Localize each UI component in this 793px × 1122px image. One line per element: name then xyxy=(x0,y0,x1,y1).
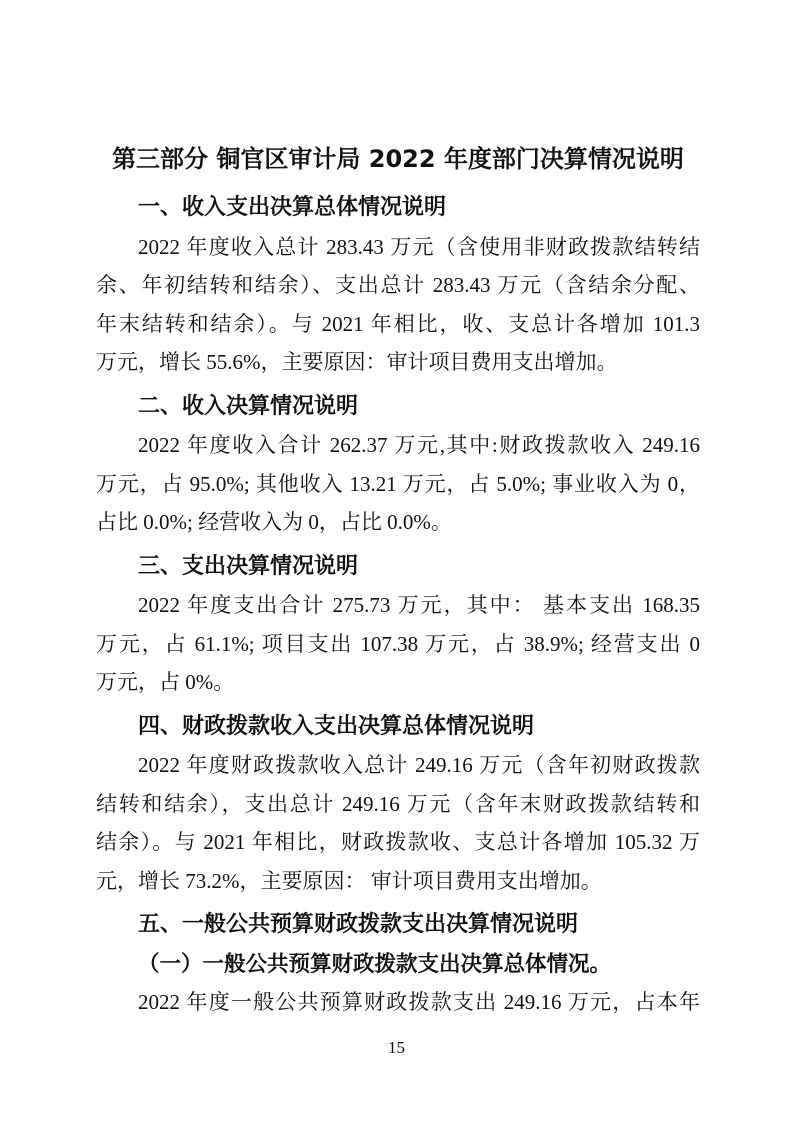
section-subheading-5-1: （一）一般公共预算财政拨款支出决算总体情况。 xyxy=(96,945,700,984)
page-number: 15 xyxy=(0,1038,793,1058)
section-paragraph-1: 2022 年度收入总计 283.43 万元（含使用非财政拨款结转结 余、年初结转… xyxy=(96,228,700,382)
paragraph-line: 2022 年度一般公共预算财政拨款支出 249.16 万元，占本年 xyxy=(96,983,700,1022)
paragraph-line: 年末结转和结余）。与 2021 年相比，收、支总计各增加 101.3 xyxy=(96,305,700,344)
section-heading-1: 一、收入支出决算总体情况说明 xyxy=(96,189,700,228)
section-paragraph-4: 2022 年度财政拨款收入总计 249.16 万元（含年初财政拨款 结转和结余）… xyxy=(96,746,700,900)
paragraph-line: 万元，占 95.0%; 其他收入 13.21 万元，占 5.0%; 事业收入为 … xyxy=(96,465,700,504)
section-heading-4: 四、财政拨款收入支出决算总体情况说明 xyxy=(96,708,700,747)
paragraph-line: 2022 年度收入合计 262.37 万元,其中:财政拨款收入 249.16 xyxy=(96,426,700,465)
document-title: 第三部分 铜官区审计局 2022 年度部门决算情况说明 xyxy=(96,139,700,179)
document-page: 第三部分 铜官区审计局 2022 年度部门决算情况说明 一、收入支出决算总体情况… xyxy=(0,0,793,1122)
section-heading-2: 二、收入决算情况说明 xyxy=(96,388,700,427)
paragraph-line: 2022 年度收入总计 283.43 万元（含使用非财政拨款结转结 xyxy=(96,228,700,267)
section-heading-3: 三、支出决算情况说明 xyxy=(96,548,700,587)
section-paragraph-2: 2022 年度收入合计 262.37 万元,其中:财政拨款收入 249.16 万… xyxy=(96,426,700,542)
paragraph-line: 占比 0.0%; 经营收入为 0，占比 0.0%。 xyxy=(96,503,700,542)
paragraph-line: 万元，占 0%。 xyxy=(96,663,700,702)
paragraph-line: 2022 年度支出合计 275.73 万元，其中： 基本支出 168.35 xyxy=(96,586,700,625)
paragraph-line: 余、年初结转和结余）、支出总计 283.43 万元（含结余分配、 xyxy=(96,266,700,305)
section-paragraph-5: 2022 年度一般公共预算财政拨款支出 249.16 万元，占本年 xyxy=(96,983,700,1022)
section-paragraph-3: 2022 年度支出合计 275.73 万元，其中： 基本支出 168.35 万元… xyxy=(96,586,700,702)
paragraph-line: 结余）。与 2021 年相比，财政拨款收、支总计各增加 105.32 万 xyxy=(96,823,700,862)
paragraph-line: 结转和结余），支出总计 249.16 万元（含年末财政拨款结转和 xyxy=(96,785,700,824)
paragraph-line: 2022 年度财政拨款收入总计 249.16 万元（含年初财政拨款 xyxy=(96,746,700,785)
section-heading-5: 五、一般公共预算财政拨款支出决算情况说明 xyxy=(96,906,700,945)
paragraph-line: 万元，增长 55.6%，主要原因：审计项目费用支出增加。 xyxy=(96,343,700,382)
paragraph-line: 元，增长 73.2%，主要原因： 审计项目费用支出增加。 xyxy=(96,862,700,901)
paragraph-line: 万元，占 61.1%; 项目支出 107.38 万元，占 38.9%; 经营支出… xyxy=(96,625,700,664)
